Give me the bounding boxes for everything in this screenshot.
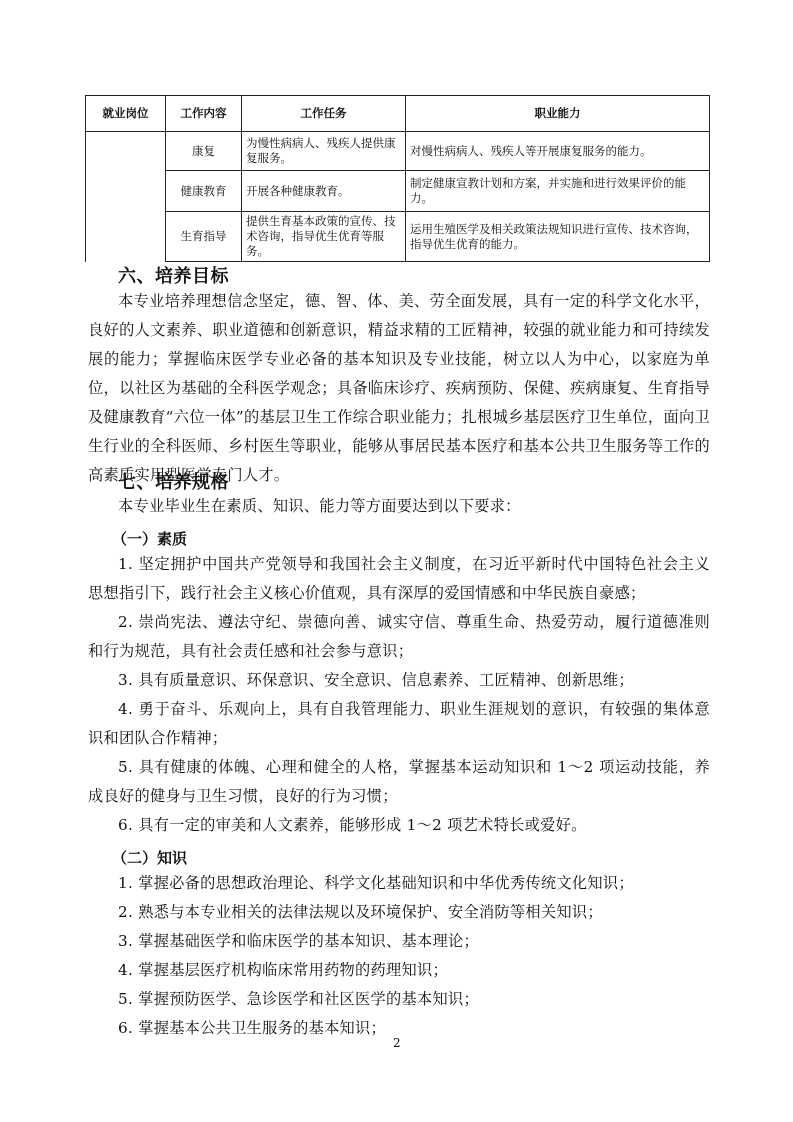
table-row: 生育指导 提供生育基本政策的宣传、技术咨询，指导优生优育等服务。 运用生殖医学及… [86,212,710,262]
quality-item: 1. 坚定拥护中国共产党领导和我国社会主义制度，在习近平新时代中国特色社会主义思… [88,550,710,608]
cell-task: 提供生育基本政策的宣传、技术咨询，指导优生优育等服务。 [242,212,406,262]
cell-content: 生育指导 [166,212,242,262]
quality-item: 3. 具有质量意识、环保意识、安全意识、信息素养、工匠精神、创新思维； [88,666,710,695]
spec-intro: 本专业毕业生在素质、知识、能力等方面要达到以下要求： [118,492,521,521]
header-task: 工作任务 [242,96,406,132]
cell-ability: 运用生殖医学及相关政策法规知识进行宣传、技术咨询，指导优生优育的能力。 [406,212,710,262]
cell-task: 开展各种健康教育。 [242,171,406,212]
knowledge-item: 5. 掌握预防医学、急诊医学和社区医学的基本知识； [118,985,479,1014]
knowledge-item: 3. 掌握基础医学和临床医学的基本知识、基本理论； [118,927,479,956]
section-heading-training-spec: 七、培养规格 [118,468,229,494]
knowledge-item: 6. 掌握基本公共卫生服务的基本知识； [118,1014,386,1043]
knowledge-item: 1. 掌握必备的思想政治理论、科学文化基础知识和中华优秀传统文化知识； [118,869,634,898]
quality-item: 6. 具有一定的审美和人文素养，能够形成 1～2 项艺术特长或爱好。 [88,811,710,840]
quality-item: 5. 具有健康的体魄、心理和健全的人格，掌握基本运动知识和 1～2 项运动技能，… [88,753,710,811]
cell-task: 为慢性病病人、残疾人提供康复服务。 [242,132,406,171]
header-ability: 职业能力 [406,96,710,132]
training-goal-paragraph: 本专业培养理想信念坚定，德、智、体、美、劳全面发展，具有一定的科学文化水平，良好… [88,287,710,490]
table-row: 健康教育 开展各种健康教育。 制定健康宣教计划和方案，并实施和进行效果评价的能力… [86,171,710,212]
quality-item: 2. 崇尚宪法、遵法守纪、崇德向善、诚实守信、尊重生命、热爱劳动，履行道德准则和… [88,608,710,666]
cell-content: 健康教育 [166,171,242,212]
knowledge-item: 2. 熟悉与本专业相关的法律法规以及环境保护、安全消防等相关知识； [118,898,603,927]
section-heading-training-goal: 六、培养目标 [118,262,229,288]
job-table: 就业岗位 工作内容 工作任务 职业能力 康复 为慢性病病人、残疾人提供康复服务。… [85,95,710,262]
cell-ability: 制定健康宣教计划和方案，并实施和进行效果评价的能力。 [406,171,710,212]
knowledge-item: 4. 掌握基层医疗机构临床常用药物的药理知识； [118,956,448,985]
header-post: 就业岗位 [86,96,166,132]
page-number: 2 [393,1036,401,1050]
header-content: 工作内容 [166,96,242,132]
cell-content: 康复 [166,132,242,171]
subheading-quality: （一）素质 [112,528,187,549]
cell-ability: 对慢性病病人、残疾人等开展康复服务的能力。 [406,132,710,171]
quality-item: 4. 勇于奋斗、乐观向上，具有自我管理能力、职业生涯规划的意识，有较强的集体意识… [88,695,710,753]
cell-post [86,132,166,262]
table-header-row: 就业岗位 工作内容 工作任务 职业能力 [86,96,710,132]
subheading-knowledge: （二）知识 [112,847,187,868]
table-row: 康复 为慢性病病人、残疾人提供康复服务。 对慢性病病人、残疾人等开展康复服务的能… [86,132,710,171]
document-page: 就业岗位 工作内容 工作任务 职业能力 康复 为慢性病病人、残疾人提供康复服务。… [0,0,793,1122]
